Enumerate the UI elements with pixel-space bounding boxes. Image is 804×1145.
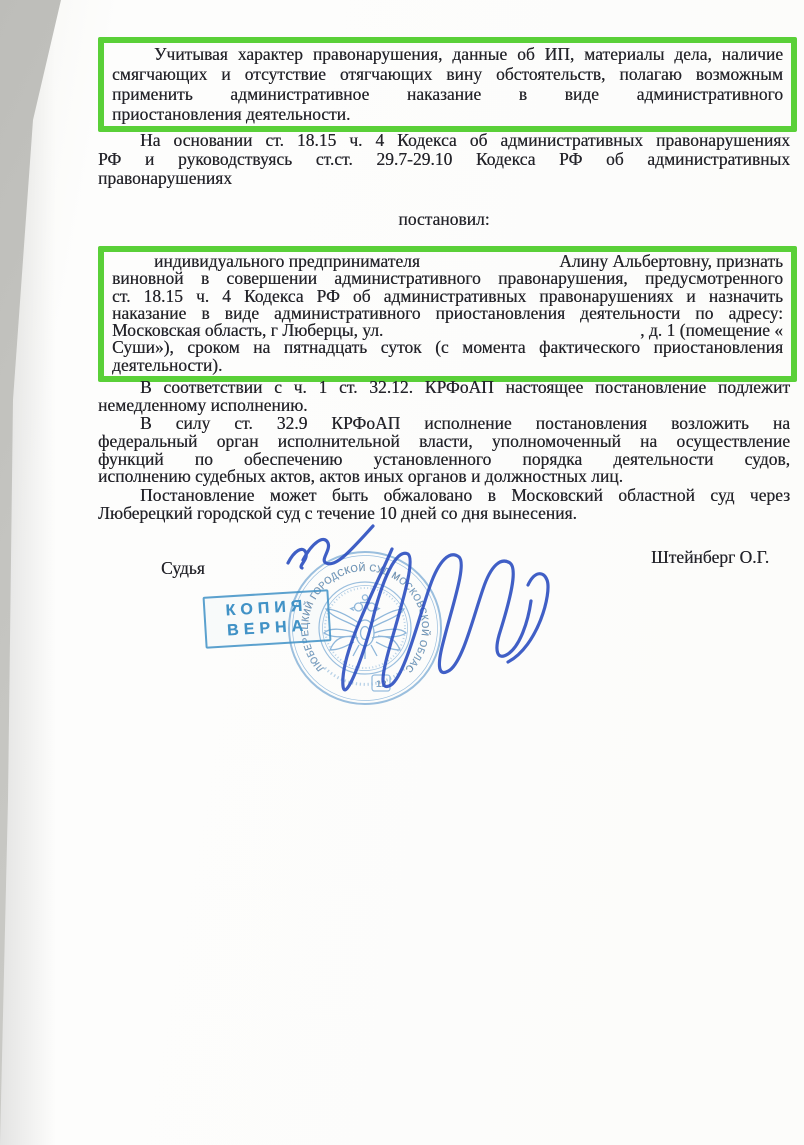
judge-label: Судья <box>161 558 205 579</box>
paragraph-line: применить административное наказание в в… <box>112 84 783 104</box>
scanned-court-document: { "colors": { "highlight_green": "#5ad03… <box>0 0 804 1145</box>
highlight-box-resolution: индивидуального предпринимателя Алину Ал… <box>98 246 797 382</box>
paragraph-line: смягчающих и отсутствие отягчающих вину … <box>112 64 783 84</box>
paragraph-enforcement-authority: В силу ст. 32.9 КРФоАП исполнение постан… <box>98 415 790 486</box>
paragraph-line: На основании ст. 18.15 ч. 4 Кодекса об а… <box>98 131 790 150</box>
paragraph-line: Учитывая характер правонарушения, данные… <box>112 44 783 64</box>
paragraph-line: приостановления деятельности. <box>112 104 783 124</box>
paragraph-line: правонарушениях <box>98 169 790 188</box>
paragraph-line: деятельности). <box>112 357 783 374</box>
paragraph-line: немедленному исполнению. <box>98 397 790 415</box>
judge-signature <box>262 500 572 715</box>
paragraph-line: исполнению судебных актов, актов иных ор… <box>98 468 790 486</box>
paragraph-line: РФ и руководствуясь ст.ст. 29.7-29.10 Ко… <box>98 150 790 169</box>
paragraph-legal-basis: На основании ст. 18.15 ч. 4 Кодекса об а… <box>98 131 790 188</box>
paragraph-line: федеральный орган исполнительной власти,… <box>98 433 790 451</box>
document-paper: Учитывая характер правонарушения, данные… <box>0 0 804 1145</box>
paragraph-line: виновной в совершении административного … <box>112 270 783 287</box>
resolution-heading: постановил: <box>98 209 790 230</box>
paragraph-immediate-execution: В соответствии с ч. 1 ст. 32.12. КРФоАП … <box>98 379 790 415</box>
judge-name: Штейнберг О.Г. <box>651 547 769 568</box>
highlight-box-penalty-reasoning: Учитывая характер правонарушения, данные… <box>98 37 797 132</box>
